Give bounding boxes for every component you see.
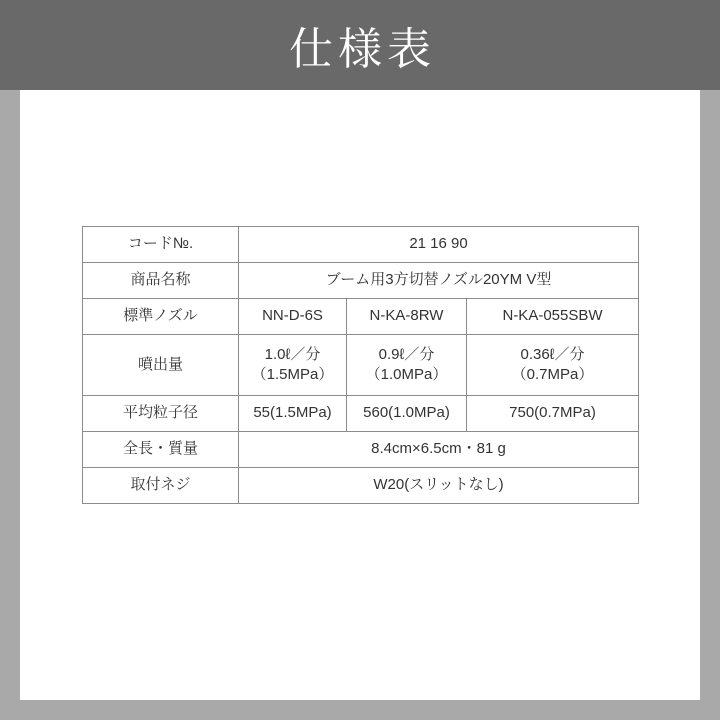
table-row-name: 商品名称 ブーム用3方切替ノズル20YM V型 (83, 263, 639, 299)
flow-rate-2: 0.9ℓ／分 (349, 345, 464, 365)
particle-value-2: 560(1.0MPa) (347, 396, 467, 432)
product-name-value: ブーム用3方切替ノズル20YM V型 (239, 263, 639, 299)
row-label-screw: 取付ネジ (83, 468, 239, 504)
row-label-particle: 平均粒子径 (83, 396, 239, 432)
header-banner: 仕様表 (0, 0, 720, 90)
flow-rate-1: 1.0ℓ／分 (241, 345, 344, 365)
flow-value-1: 1.0ℓ／分 （1.5MPa） (239, 335, 347, 396)
page-title: 仕様表 (284, 13, 436, 77)
flow-rate-3: 0.36ℓ／分 (469, 345, 636, 365)
table-row-screw: 取付ネジ W20(スリットなし) (83, 468, 639, 504)
nozzle-value-1: NN-D-6S (239, 299, 347, 335)
size-weight-value: 8.4cm×6.5cm・81 g (239, 432, 639, 468)
spec-table: コード№. 21 16 90 商品名称 ブーム用3方切替ノズル20YM V型 標… (82, 226, 639, 504)
table-row-particle: 平均粒子径 55(1.5MPa) 560(1.0MPa) 750(0.7MPa) (83, 396, 639, 432)
table-row-flow: 噴出量 1.0ℓ／分 （1.5MPa） 0.9ℓ／分 （1.0MPa） 0.36… (83, 335, 639, 396)
page: { "page": { "title": "仕様表" }, "colors": … (0, 0, 720, 720)
flow-pressure-2: （1.0MPa） (349, 365, 464, 385)
particle-value-1: 55(1.5MPa) (239, 396, 347, 432)
table-row-code: コード№. 21 16 90 (83, 227, 639, 263)
row-label-flow: 噴出量 (83, 335, 239, 396)
content-panel: コード№. 21 16 90 商品名称 ブーム用3方切替ノズル20YM V型 標… (20, 90, 700, 700)
flow-pressure-3: （0.7MPa） (469, 365, 636, 385)
table-row-size: 全長・質量 8.4cm×6.5cm・81 g (83, 432, 639, 468)
nozzle-value-2: N-KA-8RW (347, 299, 467, 335)
screw-value: W20(スリットなし) (239, 468, 639, 504)
code-value: 21 16 90 (239, 227, 639, 263)
particle-value-3: 750(0.7MPa) (467, 396, 639, 432)
flow-value-2: 0.9ℓ／分 （1.0MPa） (347, 335, 467, 396)
flow-value-3: 0.36ℓ／分 （0.7MPa） (467, 335, 639, 396)
row-label-name: 商品名称 (83, 263, 239, 299)
row-label-code: コード№. (83, 227, 239, 263)
row-label-nozzle: 標準ノズル (83, 299, 239, 335)
table-row-nozzle: 標準ノズル NN-D-6S N-KA-8RW N-KA-055SBW (83, 299, 639, 335)
nozzle-value-3: N-KA-055SBW (467, 299, 639, 335)
row-label-size: 全長・質量 (83, 432, 239, 468)
flow-pressure-1: （1.5MPa） (241, 365, 344, 385)
